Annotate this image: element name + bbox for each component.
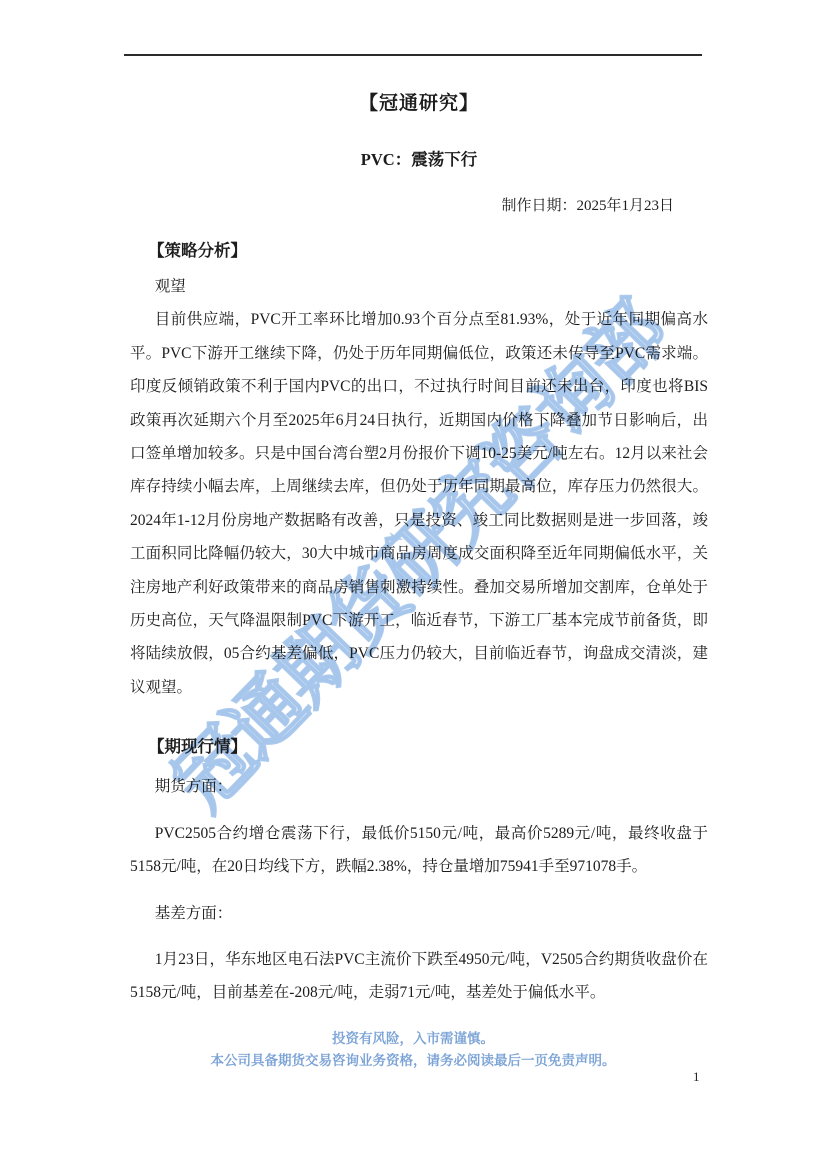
futures-label: 期货方面： — [130, 770, 708, 803]
futures-paragraph: PVC2505合约增仓震荡下行，最低价5150元/吨，最高价5289元/吨，最终… — [130, 817, 708, 884]
footer-risk-line: 投资有风险，入市需谨慎。 — [124, 1028, 702, 1050]
report-date: 制作日期：2025年1月23日 — [130, 194, 708, 215]
header-rule — [124, 54, 702, 56]
basis-paragraph: 1月23日，华东地区电石法PVC主流价下跌至4950元/吨，V2505合约期货收… — [130, 943, 708, 1010]
document-content: 【冠通研究】 PVC：震荡下行 制作日期：2025年1月23日 【策略分析】 观… — [130, 88, 708, 1010]
basis-label: 基差方面： — [130, 897, 708, 930]
org-title: 【冠通研究】 — [130, 88, 708, 115]
footer-disclaimer-line: 本公司具备期货交易咨询业务资格，请务必阅读最后一页免责声明。 — [124, 1050, 702, 1072]
section-heading-strategy: 【策略分析】 — [148, 237, 708, 261]
strategy-analysis-paragraph: 目前供应端，PVC开工率环比增加0.93个百分点至81.93%，处于近年同期偏高… — [130, 303, 708, 704]
section-heading-market: 【期现行情】 — [148, 733, 708, 757]
strategy-stance: 观望 — [130, 270, 708, 303]
report-page: 冠通期货研究咨询部 【冠通研究】 PVC：震荡下行 制作日期：2025年1月23… — [0, 0, 828, 1170]
report-title: PVC：震荡下行 — [130, 146, 708, 170]
page-footer: 投资有风险，入市需谨慎。 本公司具备期货交易咨询业务资格，请务必阅读最后一页免责… — [124, 1028, 702, 1072]
page-number: 1 — [693, 1069, 700, 1085]
